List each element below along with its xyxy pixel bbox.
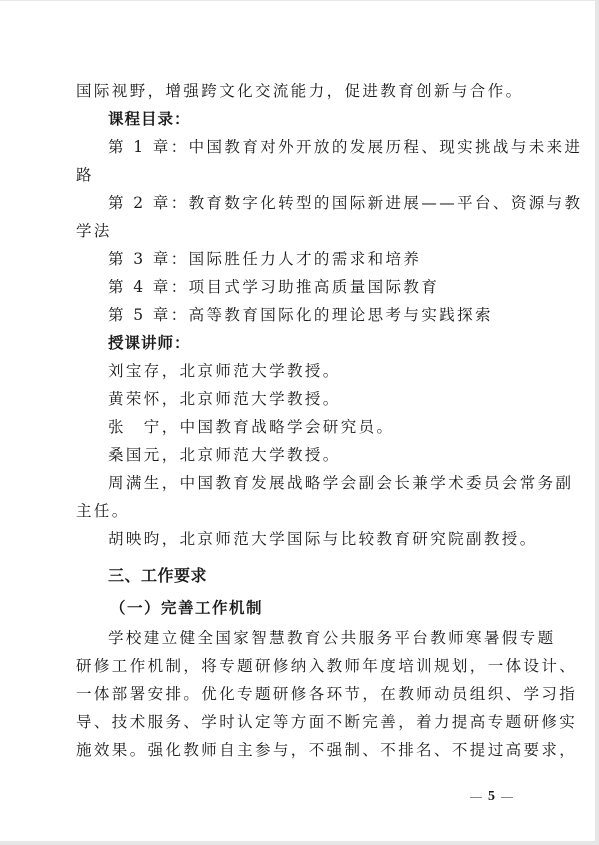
chapter-2: 第 2 章：教育数字化转型的国际新进展——平台、资源与教 bbox=[108, 193, 582, 213]
document-page: 国际视野，增强跨文化交流能力，促进教育创新与合作。 课程目录： 第 1 章：中国… bbox=[0, 1, 595, 841]
page-number: 5 bbox=[470, 789, 513, 805]
chapter-1: 第 1 章：中国教育对外开放的发展历程、现实挑战与未来进 bbox=[108, 137, 582, 157]
chapter-5: 第 5 章：高等教育国际化的理论思考与实践探索 bbox=[108, 305, 493, 325]
dash-decoration bbox=[501, 797, 513, 798]
lecturers-label: 授课讲师： bbox=[108, 333, 191, 353]
lecturer-item: 周满生，中国教育发展战略学会副会长兼学术委员会常务副 bbox=[108, 473, 573, 493]
chapter-2-continued: 学法 bbox=[76, 221, 112, 241]
chapter-3: 第 3 章：国际胜任力人才的需求和培养 bbox=[108, 249, 421, 269]
paragraph-line: 国际视野，增强跨文化交流能力，促进教育创新与合作。 bbox=[76, 81, 524, 101]
subsection-heading: （一）完善工作机制 bbox=[110, 598, 263, 618]
lecturer-item: 桑国元，北京师范大学教授。 bbox=[108, 445, 341, 465]
page-number-value: 5 bbox=[488, 789, 495, 805]
paragraph-line: 学校建立健全国家智慧教育公共服务平台教师寒暑假专题 bbox=[108, 628, 556, 648]
lecturer-item: 张 宁，中国教育战略学会研究员。 bbox=[108, 417, 394, 437]
chapter-1-continued: 路 bbox=[76, 165, 94, 185]
section-heading: 三、工作要求 bbox=[108, 566, 207, 586]
lecturer-item: 黄荣怀，北京师范大学教授。 bbox=[108, 389, 341, 409]
paragraph-line: 研修工作机制，将专题研修纳入教师年度培训规划，一体设计、 bbox=[76, 656, 577, 676]
paragraph-line: 一体部署安排。优化专题研修各环节，在教师动员组织、学习指 bbox=[76, 684, 577, 704]
lecturer-item-continued: 主任。 bbox=[76, 501, 130, 521]
chapter-4: 第 4 章：项目式学习助推高质量国际教育 bbox=[108, 277, 439, 297]
paragraph-line: 导、技术服务、学时认定等方面不断完善，着力提高专题研修实 bbox=[76, 712, 577, 732]
course-catalog-label: 课程目录： bbox=[108, 109, 191, 129]
dash-decoration bbox=[470, 797, 482, 798]
lecturer-item: 刘宝存，北京师范大学教授。 bbox=[108, 361, 341, 381]
paragraph-line: 施效果。强化教师自主参与，不强制、不排名、不提过高要求， bbox=[76, 740, 577, 760]
lecturer-item: 胡映昀，北京师范大学国际与比较教育研究院副教授。 bbox=[108, 529, 538, 549]
